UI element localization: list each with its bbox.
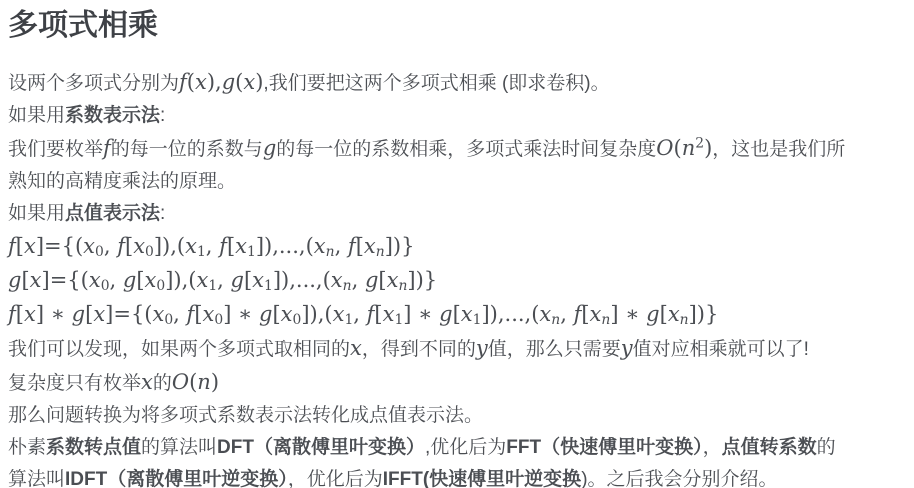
math-expression: f(x),g(x) [179, 70, 263, 94]
text-line: 朴素系数转点值的算法叫DFT（离散傅里叶变换）,优化后为FFT（快速傅里叶变换）… [8, 432, 906, 464]
math-expression: f[x]={(x0, f[x0]),(x1, f[x1]),...,(xn, f… [8, 234, 414, 258]
page-title: 多项式相乘 [8, 9, 906, 42]
text-line: 那么问题转换为将多项式系数表示法转化成点值表示法。 [8, 400, 906, 432]
bold-text: IDFT（离散傅里叶逆变换） [65, 469, 288, 488]
text-line: 复杂度只有枚举x的O(n) [8, 366, 906, 400]
math-expression: x [141, 370, 153, 394]
article-page: 多项式相乘 设两个多项式分别为f(x),g(x),我们要把这两个多项式相乘 (即… [0, 0, 914, 488]
bold-text: 系数转点值 [46, 437, 141, 458]
text-line: 如果用系数表示法: [8, 100, 906, 132]
text-line: 我们可以发现，如果两个多项式取相同的x，得到不同的y值，那么只需要y值对应相乘就… [8, 332, 906, 366]
math-expression: y [621, 336, 633, 360]
math-expression: O(n2) [656, 136, 712, 160]
bold-text: 点值转系数 [722, 437, 817, 458]
text-line: 设两个多项式分别为f(x),g(x),我们要把这两个多项式相乘 (即求卷积)。 [8, 66, 906, 100]
article-body: 设两个多项式分别为f(x),g(x),我们要把这两个多项式相乘 (即求卷积)。如… [8, 66, 906, 488]
math-expression: O(n) [172, 370, 219, 394]
text-line: 算法叫IDFT（离散傅里叶逆变换），优化后为IFFT(快速傅里叶逆变换)。之后我… [8, 464, 906, 488]
math-expression: g [263, 136, 276, 160]
text-line: 熟知的高精度乘法的原理。 [8, 166, 906, 198]
bold-text: DFT（离散傅里叶变换） [217, 437, 425, 458]
text-line: 如果用点值表示法: [8, 198, 906, 230]
bold-text: IFFT(快速傅里叶逆变换 [383, 469, 581, 488]
math-expression: y [476, 336, 488, 360]
bold-text: FFT（快速傅里叶变换） [506, 437, 702, 458]
math-expression: g[x]={(x0, g[x0]),(x1, g[x1]),...,(xn, g… [8, 268, 437, 292]
text-line: f[x]={(x0, f[x0]),(x1, f[x1]),...,(xn, f… [8, 230, 906, 264]
text-line: g[x]={(x0, g[x0]),(x1, g[x1]),...,(xn, g… [8, 264, 906, 298]
math-expression: f [103, 136, 111, 160]
bold-text: 点值表示法 [65, 203, 160, 224]
math-expression: f[x] ∗ g[x]={(x0, f[x0] ∗ g[x0]),(x1, f[… [8, 302, 718, 326]
text-line: f[x] ∗ g[x]={(x0, f[x0] ∗ g[x0]),(x1, f[… [8, 298, 906, 332]
text-line: 我们要枚举f的每一位的系数与g的每一位的系数相乘，多项式乘法时间复杂度O(n2)… [8, 132, 906, 166]
bold-text: 系数表示法 [65, 105, 160, 126]
math-expression: x [350, 336, 362, 360]
